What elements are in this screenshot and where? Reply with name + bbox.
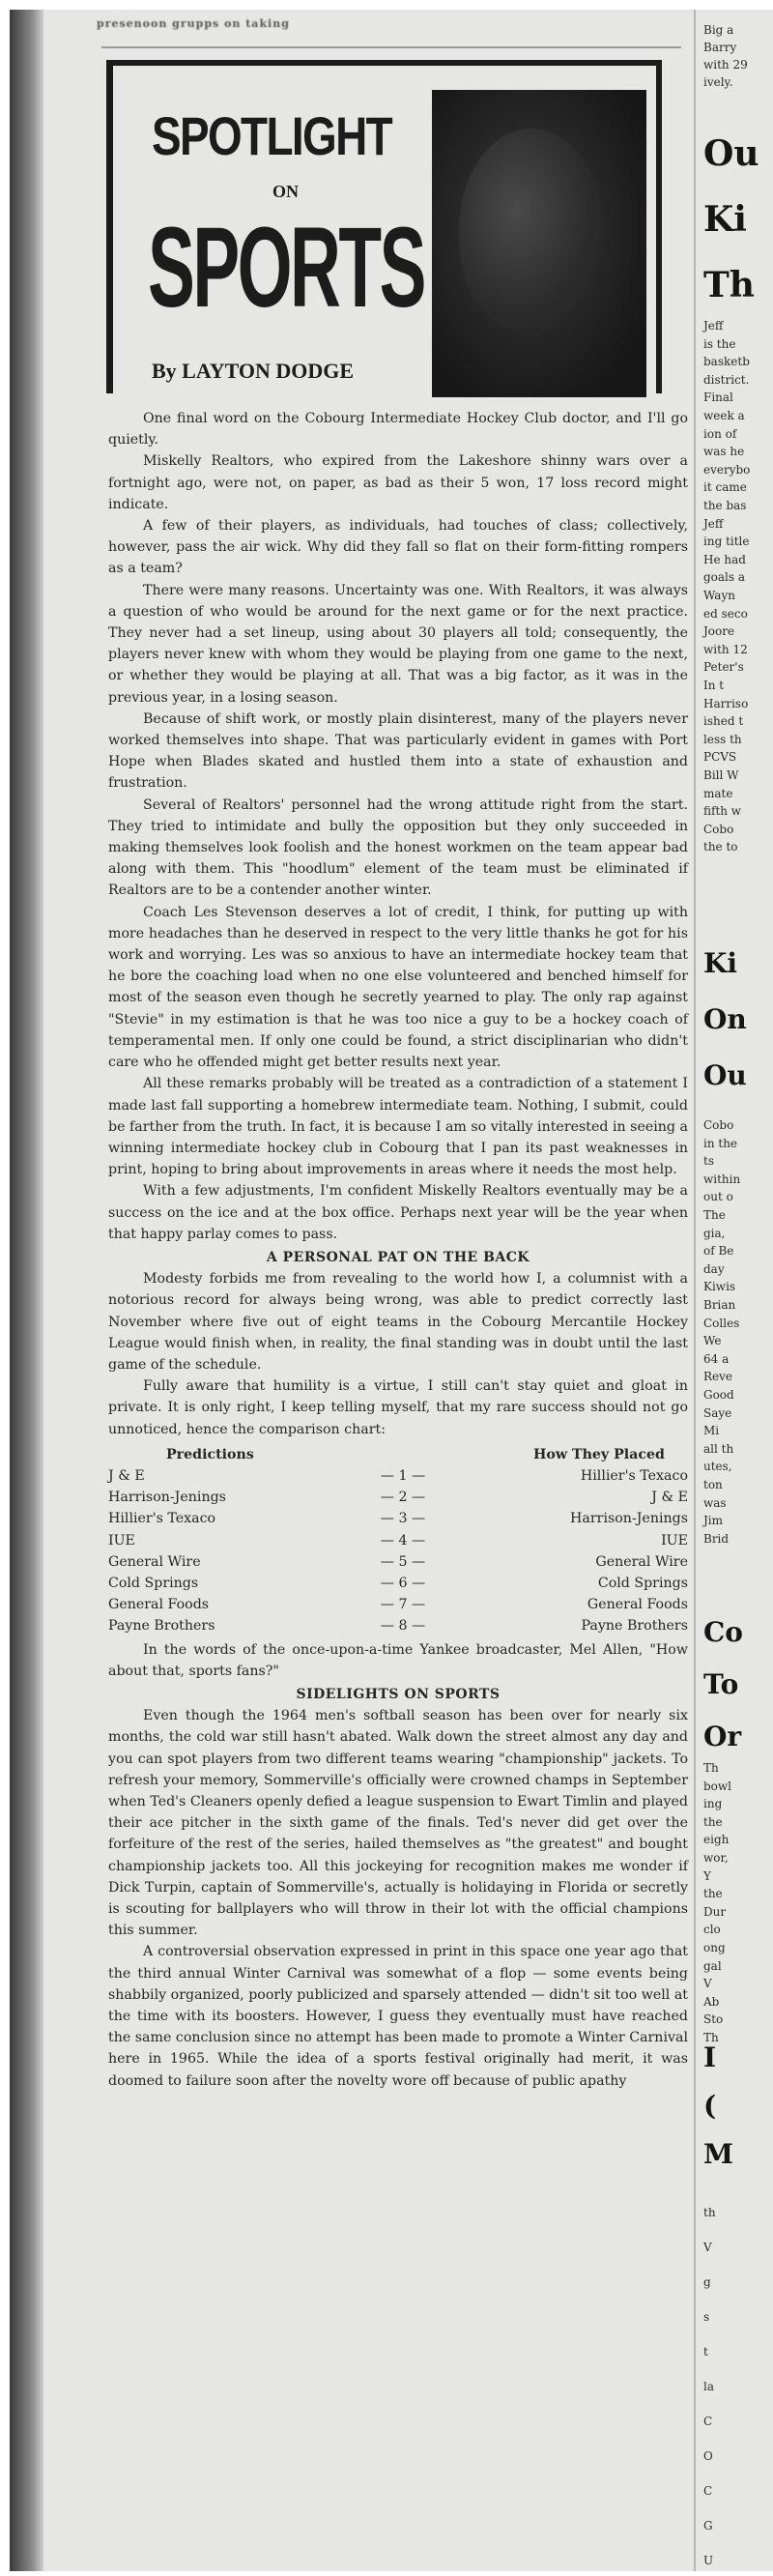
predicted-team: Harrison-Jenings [108, 1487, 359, 1508]
rank-number: — 8 — [359, 1615, 446, 1636]
column-title-on: ON [272, 182, 299, 202]
adjacent-text-fragment: V [703, 2239, 712, 2256]
adjacent-text-fragment: the to [703, 838, 738, 855]
adjacent-text-fragment: week a [703, 407, 745, 424]
adjacent-text-fragment: Jeff [703, 317, 723, 334]
predicted-team: Cold Springs [108, 1573, 359, 1594]
adjacent-text-fragment: Saye [703, 1404, 731, 1422]
adjacent-headline-fragment: Th [703, 252, 755, 318]
adjacent-text-fragment: ing [703, 1795, 722, 1812]
adjacent-text-fragment: PCVS [703, 748, 736, 766]
rank-number: — 4 — [359, 1530, 446, 1551]
comparison-chart: Predictions How They Placed J & E— 1 —Hi… [108, 1444, 688, 1637]
adjacent-text-fragment: out o [703, 1188, 733, 1205]
adjacent-column-fragment: Big aBarrywith 29ively.OuKiThJeffis theb… [701, 10, 773, 2571]
article-paragraph: There were many reasons. Uncertainty was… [108, 580, 688, 709]
adjacent-text-fragment: g [703, 2273, 711, 2291]
cut-off-text-fragment: presenoon grupps on taking [97, 17, 580, 30]
adjacent-text-fragment: Joore [703, 622, 734, 640]
adjacent-headline-fragment: Or [703, 1709, 741, 1765]
adjacent-headline-fragment: Ou [703, 121, 759, 187]
adjacent-text-fragment: Jim [703, 1512, 723, 1529]
adjacent-text-fragment: ing title [703, 533, 749, 550]
adjacent-text-fragment: fifth w [703, 802, 741, 820]
adjacent-text-fragment: bowl [703, 1778, 731, 1795]
article-paragraph: In the words of the once-upon-a-time Yan… [108, 1639, 688, 1682]
adjacent-text-fragment: everybo [703, 461, 750, 478]
adjacent-text-fragment: Cobo [703, 1116, 733, 1134]
adjacent-text-fragment: C [703, 2413, 712, 2430]
adjacent-text-fragment: Th [703, 1759, 719, 1777]
article-paragraph: Even though the 1964 men's softball seas… [108, 1705, 688, 1941]
adjacent-text-fragment: gia, [703, 1225, 726, 1242]
adjacent-text-fragment: basketb [703, 353, 750, 370]
adjacent-text-fragment: ton [703, 1476, 723, 1493]
comparison-row: General Wire— 5 —General Wire [108, 1551, 688, 1573]
adjacent-text-fragment: In t [703, 677, 724, 694]
adjacent-text-fragment: Peter's [703, 658, 744, 676]
adjacent-text-fragment: it came [703, 478, 747, 496]
comparison-row: Cold Springs— 6 —Cold Springs [108, 1573, 688, 1594]
portrait-face [459, 129, 604, 332]
column-title-spotlight: SPOTLIGHT [152, 104, 391, 167]
adjacent-text-fragment: Barry [703, 39, 736, 56]
adjacent-text-fragment: ively. [703, 73, 733, 91]
article-paragraph: Coach Les Stevenson deserves a lot of cr… [108, 902, 688, 1074]
placed-team: General Wire [446, 1551, 688, 1573]
column-title-sports: SPORTS [148, 211, 424, 325]
comparison-chart-rows: J & E— 1 —Hillier's TexacoHarrison-Jenin… [108, 1465, 688, 1637]
adjacent-text-fragment: 64 a [703, 1350, 729, 1368]
adjacent-text-fragment: Harriso [703, 695, 748, 712]
adjacent-text-fragment: Cobo [703, 821, 733, 838]
adjacent-text-fragment: s [703, 2308, 709, 2326]
article-paragraph: Several of Realtors' personnel had the w… [108, 795, 688, 902]
adjacent-text-fragment: Brid [703, 1530, 729, 1548]
adjacent-text-fragment: is the [703, 335, 735, 353]
adjacent-text-fragment: less th [703, 731, 742, 748]
article-paragraph: Modesty forbids me from revealing to the… [108, 1268, 688, 1375]
adjacent-text-fragment: Jeff [703, 515, 723, 533]
rank-number: — 7 — [359, 1594, 446, 1615]
adjacent-text-fragment: Reve [703, 1368, 732, 1385]
article-section-1: One final word on the Cobourg Intermedia… [108, 408, 688, 1245]
adjacent-text-fragment: day [703, 1260, 725, 1278]
comparison-row: J & E— 1 —Hillier's Texaco [108, 1465, 688, 1487]
article-paragraph: Miskelly Realtors, who expired from the … [108, 450, 688, 515]
adjacent-text-fragment: the [703, 1813, 723, 1831]
adjacent-text-fragment: ished t [703, 712, 743, 730]
adjacent-headline-fragment: To [703, 1657, 738, 1713]
adjacent-text-fragment: V [703, 1975, 712, 1992]
adjacent-text-fragment: ion of [703, 425, 736, 443]
adjacent-text-fragment: gal [703, 1957, 722, 1975]
adjacent-text-fragment: O [703, 2447, 713, 2465]
adjacent-text-fragment: with 29 [703, 56, 748, 73]
header-predictions: Predictions [108, 1444, 456, 1465]
adjacent-text-fragment: ed seco [703, 605, 748, 622]
rank-number: — 3 — [359, 1508, 446, 1529]
predicted-team: General Foods [108, 1594, 359, 1615]
adjacent-headline-fragment: M [703, 2127, 733, 2183]
adjacent-text-fragment: G [703, 2517, 713, 2534]
comparison-chart-header: Predictions How They Placed [108, 1444, 688, 1465]
placed-team: J & E [446, 1487, 688, 1508]
rank-number: — 5 — [359, 1551, 446, 1573]
article-paragraph: All these remarks probably will be treat… [108, 1073, 688, 1180]
newspaper-page: presenoon grupps on taking SPOTLIGHT ON … [10, 10, 773, 2571]
article-paragraph: A few of their players, as individuals, … [108, 515, 688, 580]
adjacent-text-fragment: was [703, 1494, 727, 1512]
adjacent-text-fragment: with 12 [703, 641, 748, 658]
adjacent-text-fragment: la [703, 2378, 714, 2395]
placed-team: Payne Brothers [446, 1615, 688, 1636]
adjacent-text-fragment: wor, [703, 1849, 729, 1867]
adjacent-text-fragment: district. [703, 371, 749, 389]
header-placed: How They Placed [456, 1444, 688, 1465]
placed-team: IUE [446, 1530, 688, 1551]
adjacent-headline-fragment: Ki [703, 936, 737, 992]
adjacent-text-fragment: He had [703, 551, 746, 568]
comparison-row: Payne Brothers— 8 —Payne Brothers [108, 1615, 688, 1636]
adjacent-text-fragment: Big a [703, 21, 733, 39]
comparison-row: Harrison-Jenings— 2 —J & E [108, 1487, 688, 1508]
adjacent-headline-fragment: Co [703, 1605, 743, 1661]
column-rule [101, 46, 681, 48]
adjacent-text-fragment: ts [703, 1152, 714, 1170]
scan-edge-shadow [10, 10, 43, 2571]
adjacent-text-fragment: eigh [703, 1831, 729, 1848]
adjacent-text-fragment: ong [703, 1939, 726, 1956]
article-paragraph: Fully aware that humility is a virtue, I… [108, 1375, 688, 1440]
adjacent-text-fragment: U [703, 2552, 713, 2569]
article-section-3: Even though the 1964 men's softball seas… [108, 1705, 688, 2092]
adjacent-text-fragment: within [703, 1171, 740, 1188]
adjacent-text-fragment: the [703, 1885, 723, 1902]
rank-number: — 2 — [359, 1487, 446, 1508]
adjacent-text-fragment: Wayn [703, 587, 735, 604]
comparison-row: IUE— 4 —IUE [108, 1530, 688, 1551]
article-paragraph: A controversial observation expressed in… [108, 1941, 688, 2091]
adjacent-text-fragment: mate [703, 785, 732, 802]
adjacent-text-fragment: Final [703, 389, 733, 406]
article-section-2: Modesty forbids me from revealing to the… [108, 1268, 688, 1440]
predicted-team: J & E [108, 1465, 359, 1487]
adjacent-text-fragment: Kiwis [703, 1278, 735, 1295]
adjacent-text-fragment: Y [703, 1867, 711, 1885]
columnist-photo [432, 90, 646, 397]
rank-number: — 1 — [359, 1465, 446, 1487]
placed-team: Harrison-Jenings [446, 1508, 688, 1529]
adjacent-text-fragment: We [703, 1332, 721, 1349]
predicted-team: General Wire [108, 1551, 359, 1573]
predicted-team: Hillier's Texaco [108, 1508, 359, 1529]
adjacent-text-fragment: Mi [703, 1422, 719, 1439]
adjacent-text-fragment: Good [703, 1386, 734, 1404]
byline: By LAYTON DODGE [152, 359, 354, 384]
adjacent-text-fragment: Bill W [703, 767, 738, 784]
column-header: SPOTLIGHT ON SPORTS By LAYTON DODGE [106, 60, 662, 393]
adjacent-text-fragment: of Be [703, 1242, 733, 1259]
adjacent-text-fragment: Dur [703, 1903, 726, 1921]
adjacent-text-fragment: all th [703, 1440, 733, 1458]
article-paragraph: Because of shift work, or mostly plain d… [108, 709, 688, 795]
adjacent-headline-fragment: Ki [703, 187, 747, 252]
adjacent-text-fragment: th [703, 2204, 716, 2221]
predicted-team: IUE [108, 1530, 359, 1551]
adjacent-text-fragment: C [703, 2482, 712, 2500]
adjacent-text-fragment: goals a [703, 568, 745, 586]
adjacent-text-fragment: Brian [703, 1296, 735, 1314]
subhead-sidelights: SIDELIGHTS ON SPORTS [108, 1684, 688, 1705]
article-body: One final word on the Cobourg Intermedia… [108, 408, 688, 2092]
adjacent-text-fragment: The [703, 1206, 726, 1224]
adjacent-text-fragment: Ab [703, 1993, 719, 2011]
comparison-row: Hillier's Texaco— 3 —Harrison-Jenings [108, 1508, 688, 1529]
placed-team: General Foods [446, 1594, 688, 1615]
adjacent-text-fragment: was he [703, 443, 744, 460]
article-paragraph: One final word on the Cobourg Intermedia… [108, 408, 688, 450]
adjacent-text-fragment: in the [703, 1135, 737, 1152]
adjacent-text-fragment: utes, [703, 1458, 732, 1475]
rank-number: — 6 — [359, 1573, 446, 1594]
adjacent-text-fragment: Colles [703, 1315, 739, 1332]
placed-team: Cold Springs [446, 1573, 688, 1594]
adjacent-text-fragment: t [703, 2343, 708, 2360]
comparison-row: General Foods— 7 —General Foods [108, 1594, 688, 1615]
subhead-personal-pat: A PERSONAL PAT ON THE BACK [108, 1247, 688, 1268]
adjacent-text-fragment: Sto [703, 2011, 723, 2028]
column-divider [694, 10, 696, 2571]
adjacent-text-fragment: clo [703, 1921, 721, 1938]
adjacent-headline-fragment: On [703, 992, 747, 1048]
article-paragraph: With a few adjustments, I'm confident Mi… [108, 1180, 688, 1245]
placed-team: Hillier's Texaco [446, 1465, 688, 1487]
adjacent-text-fragment: the bas [703, 497, 746, 514]
adjacent-headline-fragment: Ou [703, 1048, 747, 1104]
predicted-team: Payne Brothers [108, 1615, 359, 1636]
